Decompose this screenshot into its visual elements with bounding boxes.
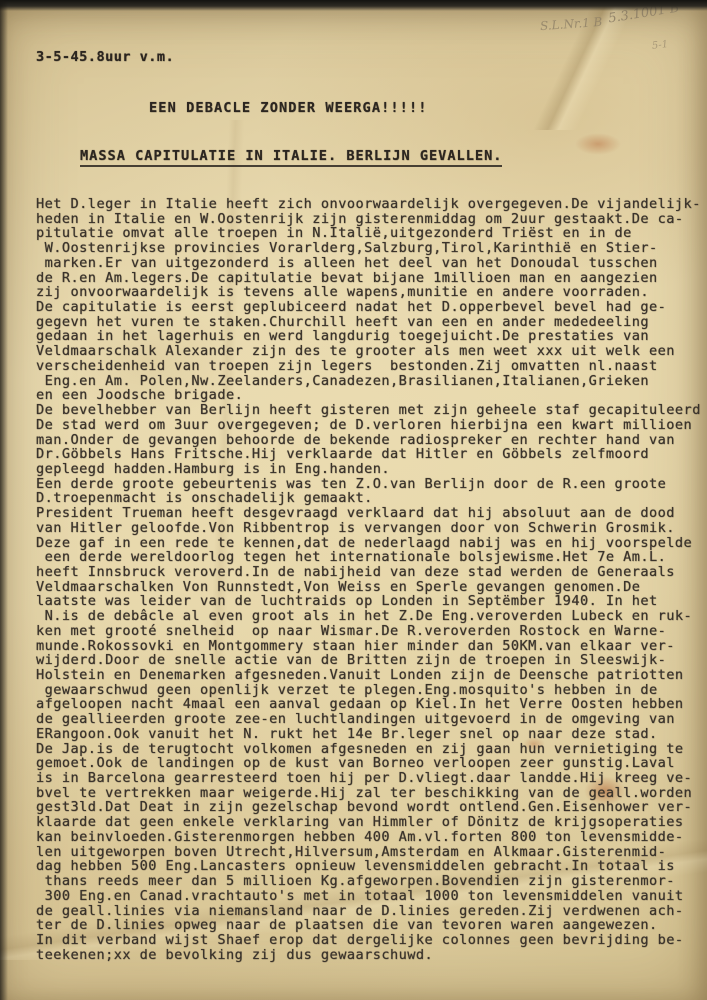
text-line: thans reeds meer dan 5 millioen Kg.afgew… <box>36 874 707 889</box>
typewritten-content: 3-5-45.8uur v.m. EEN DEBACLE ZONDER WEER… <box>36 14 707 994</box>
text-line: man.Onder de gevangen behoorde de bekend… <box>36 433 707 448</box>
text-line: gemoet.Ook de landingen op de kust van B… <box>36 756 707 771</box>
text-line: ken met grooté snelheid op naar Wismar.D… <box>36 624 707 639</box>
text-line: N.is de debâcle al even groot als in het… <box>36 609 707 624</box>
headline-primary: EEN DEBACLE ZONDER WEERGA!!!!! <box>149 100 707 116</box>
text-line: De capitulatie is eerst geplubiceerd nad… <box>36 300 707 315</box>
headline-secondary: MASSA CAPITULATIE IN ITALIE. BERLIJN GEV… <box>80 148 707 165</box>
text-line: ERangoon.Ook vanuit het N. rukt het 14e … <box>36 727 707 742</box>
text-line: een derde wereldoorlog tegen het interna… <box>36 550 707 565</box>
text-line: en een Joodsche brigade. <box>36 388 707 403</box>
text-line: wijderd.Door de snelle actie van de Brit… <box>36 653 707 668</box>
text-line: van Hitler geloofde.Von Ribbentrop is ve… <box>36 521 707 536</box>
text-line: zij onvoorwaardelijk is tevens alle wape… <box>36 285 707 300</box>
text-line: is in Barcelona gearresteerd toen hij pe… <box>36 771 707 786</box>
text-line: laatste was leider van de luchtraids op … <box>36 594 707 609</box>
text-line: De stad werd om 3uur overgegeven; de D.v… <box>36 418 707 433</box>
text-line: afgeloopen nacht 4maal een aanval gedaan… <box>36 697 707 712</box>
text-line: gedaan in het lagerhuis en werd langduri… <box>36 329 707 344</box>
text-line: de geall.linies via niemansland naar de … <box>36 904 707 919</box>
text-line: Het D.leger in Italie heeft zich onvoorw… <box>36 197 707 212</box>
headline-secondary-text: MASSA CAPITULATIE IN ITALIE. BERLIJN GEV… <box>80 148 502 167</box>
text-line: marken.Er van uitgezonderd is alleen het… <box>36 256 707 271</box>
text-line: ter de D.linies opweg naar de plaatsen d… <box>36 918 707 933</box>
text-line: Veldmaarschalk Alexander zijn des te gro… <box>36 344 707 359</box>
text-line: gest3ld.Dat Deat in zijn gezelschap bevo… <box>36 800 707 815</box>
text-line: pitulatie omvat alle troepen in N.Italië… <box>36 226 707 241</box>
text-line: gepleegd hadden.Hamburg is in Eng.handen… <box>36 462 707 477</box>
text-line: 300 Eng.en Canad.vrachtauto's met in tot… <box>36 889 707 904</box>
text-line: heeft Innsbruck veroverd.In de nabijheid… <box>36 565 707 580</box>
body-text: Het D.leger in Italie heeft zich onvoorw… <box>36 197 707 962</box>
text-line: teekenen;xx de bevolking zij dus gewaars… <box>36 948 707 963</box>
scan-edge-top <box>0 0 707 11</box>
text-line: verscheidenheid van troepen zijn legers … <box>36 359 707 374</box>
text-line: klaarde dat geen enkele verklaring van H… <box>36 815 707 830</box>
text-line: President Trueman heeft desgevraagd verk… <box>36 506 707 521</box>
text-line: Dr.Göbbels Hans Fritsche.Hij verklaarde … <box>36 447 707 462</box>
text-line: Holstein en Denemarken afgesneden.Vanuit… <box>36 668 707 683</box>
text-line: W.Oostenrijkse provincies Vorarlderg,Sal… <box>36 241 707 256</box>
text-line: dag hebben 500 Eng.Lancasters opnieuw le… <box>36 859 707 874</box>
text-line: In dit verband wijst Shaef erop dat derg… <box>36 933 707 948</box>
text-line: De bevelhebber van Berlijn heeft gistere… <box>36 403 707 418</box>
text-line: de geallieerden groote zee-en luchtlandi… <box>36 712 707 727</box>
scan-edge-left <box>0 0 8 1000</box>
text-line: D.troepenmacht is onschadelijk gemaakt. <box>36 491 707 506</box>
paper-sheet: S.L.Nr.1 B 5.3.1001 B 5-1 3-5-45.8uur v.… <box>0 0 707 1000</box>
date-line: 3-5-45.8uur v.m. <box>36 46 707 68</box>
text-line: kan beinvloeden.Gisterenmorgen hebben 40… <box>36 830 707 845</box>
